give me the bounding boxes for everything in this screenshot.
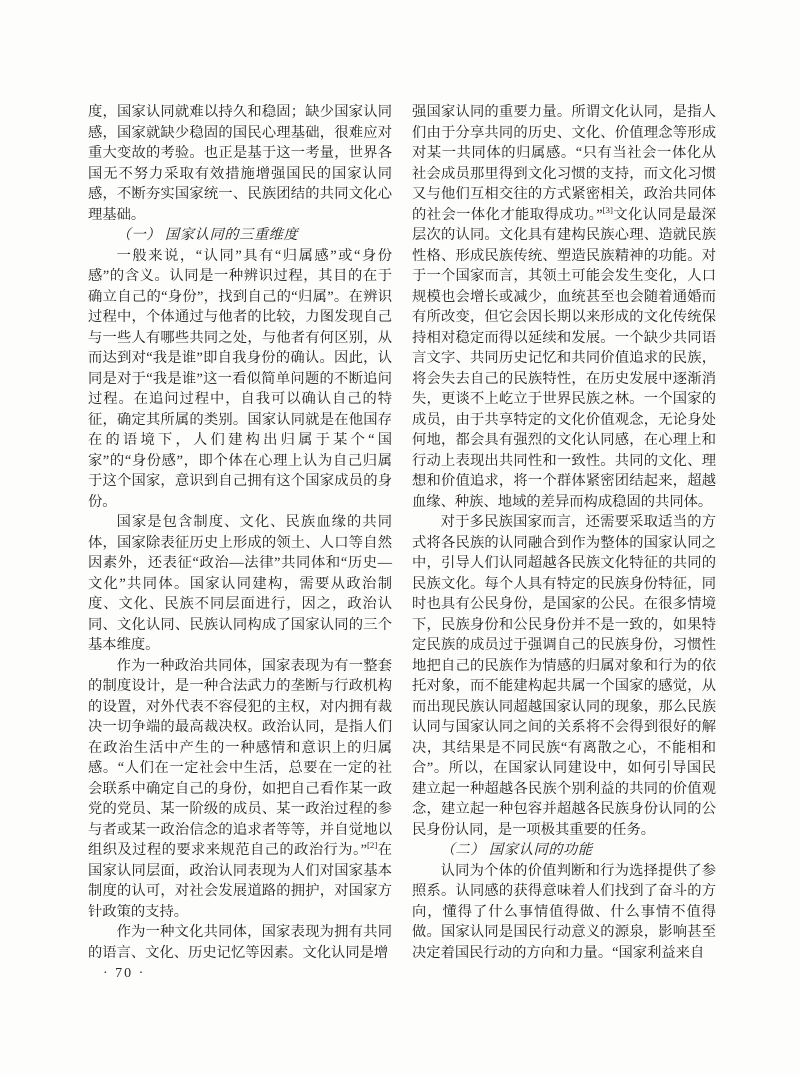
text-columns: 度，国家认同就难以持久和稳固；缺少国家认同感，国家就缺少稳固的国民心理基础，很难… xyxy=(88,102,716,963)
paragraph: 认同为个体的价值判断和行为选择提供了参照系。认同感的获得意味着人们找到了奋斗的方… xyxy=(412,861,716,964)
paragraph: 度，国家认同就难以持久和稳固；缺少国家认同感，国家就缺少稳固的国民心理基础，很难… xyxy=(88,102,392,225)
paragraph: 强国家认同的重要力量。所谓文化认同，是指人们由于分享共同的历史、文化、价值理念等… xyxy=(412,102,716,512)
paragraph: 一般来说，“认同”具有“归属感”或“身份感”的含义。认同是一种辨识过程，其目的在… xyxy=(88,246,392,513)
paper-page: 度，国家认同就难以持久和稳固；缺少国家认同感，国家就缺少稳固的国民心理基础，很难… xyxy=(0,0,800,1077)
text-run: 认同为个体的价值判断和行为选择提供了参照系。认同感的获得意味着人们找到了奋斗的方… xyxy=(412,863,716,961)
text-run: 作为一种文化共同体，国家表现为拥有共同的语言、文化、历史记忆等因素。文化认同是增 xyxy=(88,924,392,961)
text-run: 文化认同是最深层次的认同。文化具有建构民族心理、造就民族性格、形成民族传统、塑造… xyxy=(412,207,716,510)
text-run: （二） 国家认同的功能 xyxy=(441,842,593,858)
section-heading: （二） 国家认同的功能 xyxy=(412,840,716,861)
section-heading: （一） 国家认同的三重维度 xyxy=(88,225,392,246)
text-run: （一） 国家认同的三重维度 xyxy=(117,227,299,243)
text-run: 度，国家认同就难以持久和稳固；缺少国家认同感，国家就缺少稳固的国民心理基础，很难… xyxy=(88,104,392,223)
text-run: 强国家认同的重要力量。所谓文化认同，是指人们由于分享共同的历史、文化、价值理念等… xyxy=(412,104,716,223)
paragraph: 国家是包含制度、文化、民族血缘的共同体，国家除表征历史上形成的领土、人口等自然因… xyxy=(88,512,392,656)
footnote-marker: [2] xyxy=(367,840,377,850)
text-run: 作为一种政治共同体，国家表现为有一整套的制度设计，是一种合法武力的垄断与行政机构… xyxy=(88,658,392,859)
left-column: 度，国家认同就难以持久和稳固；缺少国家认同感，国家就缺少稳固的国民心理基础，很难… xyxy=(88,102,392,963)
right-column: 强国家认同的重要力量。所谓文化认同，是指人们由于分享共同的历史、文化、价值理念等… xyxy=(412,102,716,963)
paragraph: 对于多民族国家而言，还需要采取适当的方式将各民族的认同融合到作为整体的国家认同之… xyxy=(412,512,716,840)
footnote-marker: [3] xyxy=(603,205,613,215)
paragraph: 作为一种政治共同体，国家表现为有一整套的制度设计，是一种合法武力的垄断与行政机构… xyxy=(88,656,392,923)
text-run: 对于多民族国家而言，还需要采取适当的方式将各民族的认同融合到作为整体的国家认同之… xyxy=(412,514,716,838)
page-number: · 70 · xyxy=(103,966,145,982)
paragraph: 作为一种文化共同体，国家表现为拥有共同的语言、文化、历史记忆等因素。文化认同是增 xyxy=(88,922,392,963)
text-run: 国家是包含制度、文化、民族血缘的共同体，国家除表征历史上形成的领土、人口等自然因… xyxy=(88,514,392,653)
text-run: 一般来说，“认同”具有“归属感”或“身份感”的含义。认同是一种辨识过程，其目的在… xyxy=(88,248,392,510)
